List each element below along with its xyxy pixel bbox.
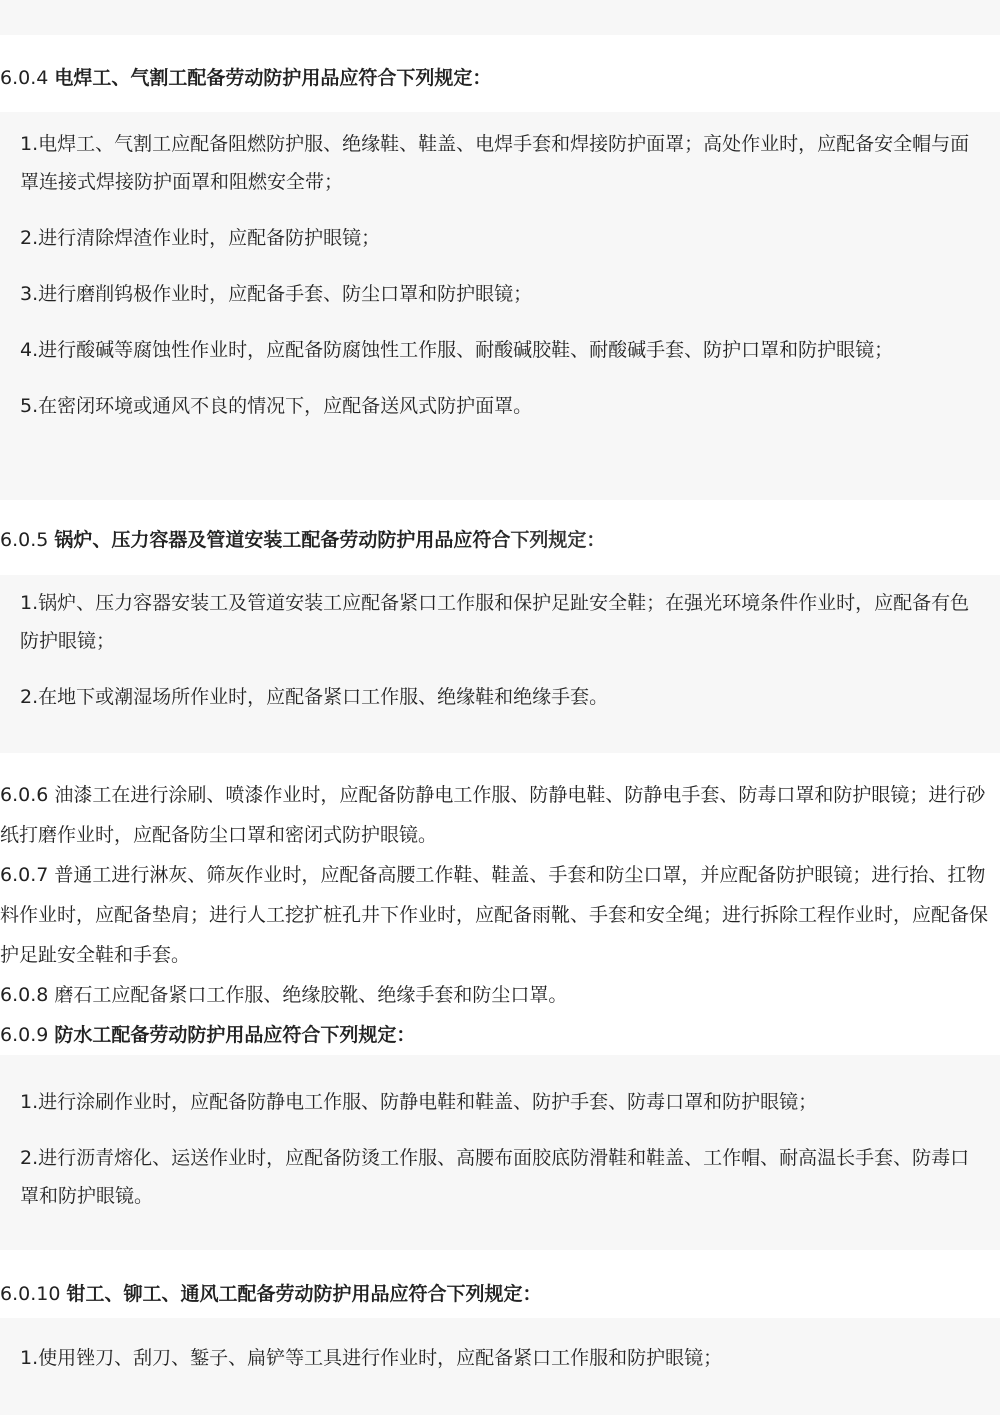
top-spacer bbox=[0, 0, 1000, 35]
clause-title: 防水工配备劳动防护用品应符合下列规定： bbox=[54, 1024, 415, 1046]
section-6-0-5-heading: 6.0.5 锅炉、压力容器及管道安装工配备劳动防护用品应符合下列规定： bbox=[0, 500, 1000, 575]
list-item: 2.进行沥青熔化、运送作业时，应配备防烫工作服、高腰布面胶底防滑鞋和鞋盖、工作帽… bbox=[20, 1139, 970, 1215]
list-item: 1.锅炉、压力容器安装工及管道安装工应配备紧口工作服和保护足趾安全鞋；在强光环境… bbox=[20, 584, 970, 660]
section-6-0-4-heading: 6.0.4 电焊工、气割工配备劳动防护用品应符合下列规定： bbox=[0, 35, 1000, 112]
clause-6-0-8: 6.0.8 磨石工应配备紧口工作服、绝缘胶靴、绝缘手套和防尘口罩。 bbox=[0, 975, 1000, 1015]
section-6-0-10-list: 1.使用锉刀、刮刀、錾子、扁铲等工具进行作业时，应配备紧口工作服和防护眼镜； bbox=[0, 1318, 1000, 1415]
clause-6-0-9-heading: 6.0.9 防水工配备劳动防护用品应符合下列规定： bbox=[0, 1015, 1000, 1055]
section-6-0-9-list: 1.进行涂刷作业时，应配备防静电工作服、防静电鞋和鞋盖、防护手套、防毒口罩和防护… bbox=[0, 1055, 1000, 1250]
section-6-0-10-heading: 6.0.10 钳工、铆工、通风工配备劳动防护用品应符合下列规定： bbox=[0, 1250, 1000, 1318]
list-item: 1.使用锉刀、刮刀、錾子、扁铲等工具进行作业时，应配备紧口工作服和防护眼镜； bbox=[20, 1339, 970, 1377]
section-6-0-6-to-6-0-9: 6.0.6 油漆工在进行涂刷、喷漆作业时，应配备防静电工作服、防静电鞋、防静电手… bbox=[0, 753, 1000, 1055]
section-6-0-5-list: 1.锅炉、压力容器安装工及管道安装工应配备紧口工作服和保护足趾安全鞋；在强光环境… bbox=[0, 575, 1000, 753]
list-item: 1.进行涂刷作业时，应配备防静电工作服、防静电鞋和鞋盖、防护手套、防毒口罩和防护… bbox=[20, 1083, 970, 1121]
clause-number: 6.0.5 bbox=[0, 529, 48, 551]
list-item: 3.进行磨削钨极作业时，应配备手套、防尘口罩和防护眼镜； bbox=[20, 275, 970, 313]
list-item: 2.在地下或潮湿场所作业时，应配备紧口工作服、绝缘鞋和绝缘手套。 bbox=[20, 678, 970, 716]
clause-6-0-7: 6.0.7 普通工进行淋灰、筛灰作业时，应配备高腰工作鞋、鞋盖、手套和防尘口罩，… bbox=[0, 855, 1000, 975]
clause-title: 钳工、铆工、通风工配备劳动防护用品应符合下列规定： bbox=[66, 1283, 541, 1305]
clause-title-rest: 下列规定： bbox=[510, 529, 605, 551]
list-item: 1.电焊工、气割工应配备阻燃防护服、绝缘鞋、鞋盖、电焊手套和焊接防护面罩；高处作… bbox=[20, 125, 970, 201]
clause-title: 电焊工、气割工配备劳动防护用品应符合下列规定： bbox=[54, 67, 491, 89]
clause-title: 锅炉、压力容器及管道安装工配备劳动防护用品应符合 bbox=[54, 529, 510, 551]
section-6-0-4-list: 1.电焊工、气割工应配备阻燃防护服、绝缘鞋、鞋盖、电焊手套和焊接防护面罩；高处作… bbox=[0, 112, 1000, 500]
clause-number: 6.0.10 bbox=[0, 1283, 60, 1305]
clause-number: 6.0.4 bbox=[0, 67, 48, 89]
list-item: 2.进行清除焊渣作业时，应配备防护眼镜； bbox=[20, 219, 970, 257]
list-item: 4.进行酸碱等腐蚀性作业时，应配备防腐蚀性工作服、耐酸碱胶鞋、耐酸碱手套、防护口… bbox=[20, 331, 970, 369]
clause-number: 6.0.9 bbox=[0, 1024, 48, 1046]
list-item: 5.在密闭环境或通风不良的情况下，应配备送风式防护面罩。 bbox=[20, 387, 970, 425]
clause-6-0-6: 6.0.6 油漆工在进行涂刷、喷漆作业时，应配备防静电工作服、防静电鞋、防静电手… bbox=[0, 775, 1000, 855]
